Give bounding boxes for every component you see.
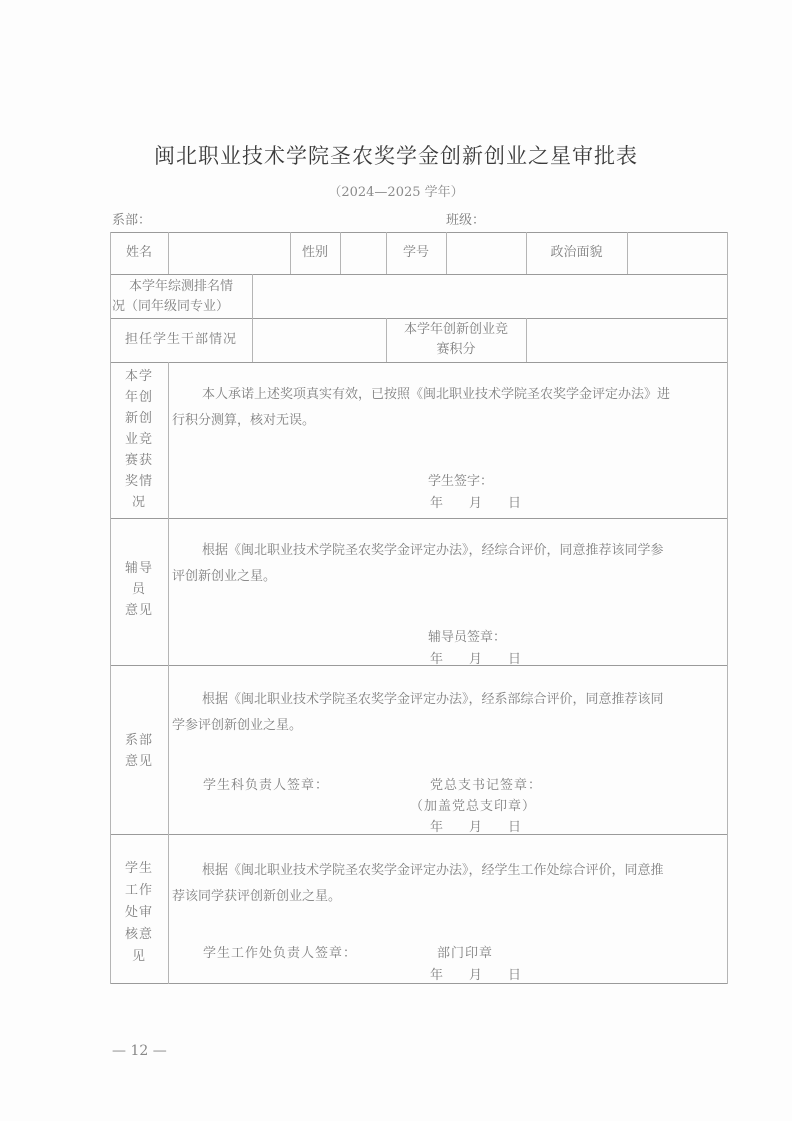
- label-line: 赛获: [110, 450, 168, 471]
- label-line: 业竞: [110, 429, 168, 450]
- form-title: 闽北职业技术学院圣农奖学金创新创业之星审批表: [0, 140, 792, 170]
- score-label-line2: 赛积分: [386, 340, 526, 360]
- statement-line: 本人承诺上述奖项真实有效，已按照《闽北职业技术学院圣农奖学金评定办法》进: [172, 382, 724, 408]
- department-section-label: 系部 意见: [110, 730, 168, 772]
- party-secretary-signature-label: 党总支书记签章：: [430, 774, 542, 793]
- statement-line: 荐该同学获评创新创业之星。: [172, 884, 724, 910]
- student-section-signature-label: 学生科负责人签章：: [203, 774, 329, 793]
- score-label: 本学年创新创业竞 赛积分: [386, 320, 526, 360]
- label-line: 处审: [110, 902, 168, 924]
- student-affairs-signature-date: 年 月 日: [430, 964, 521, 983]
- statement-line: 学参评创新创业之星。: [172, 713, 724, 739]
- department-statement: 根据《闽北职业技术学院圣农奖学金评定办法》，经系部综合评价，同意推荐该同 学参评…: [172, 687, 724, 739]
- page-number: — 12 —: [112, 1043, 167, 1059]
- cadre-label: 担任学生干部情况: [110, 318, 252, 362]
- label-line: 年创: [110, 387, 168, 408]
- student-id-label: 学号: [386, 232, 446, 274]
- political-status-field[interactable]: [628, 232, 727, 274]
- label-line: 见: [110, 946, 168, 968]
- table-border-bottom: [110, 983, 728, 984]
- department-label: 系部：: [112, 209, 151, 228]
- label-line: 奖情: [110, 471, 168, 492]
- label-line: 学生: [110, 858, 168, 880]
- ranking-label-line1: 本学年综测排名情: [110, 277, 252, 297]
- student-id-field[interactable]: [447, 232, 526, 274]
- row-divider: [110, 518, 728, 519]
- department-seal-label: 部门印章: [437, 942, 493, 961]
- ranking-label: 本学年综测排名情 况（同年级同专业）: [110, 277, 252, 317]
- statement-line: 根据《闽北职业技术学院圣农奖学金评定办法》，经综合评价，同意推荐该同学参: [172, 538, 724, 564]
- score-field[interactable]: [527, 318, 727, 362]
- statement-line: 根据《闽北职业技术学院圣农奖学金评定办法》，经系部综合评价，同意推荐该同: [172, 687, 724, 713]
- student-signature-label: 学生签字：: [428, 470, 493, 489]
- party-seal-note: （加盖党总支印章）: [410, 795, 536, 814]
- class-label: 班级：: [446, 209, 485, 228]
- label-line: 工作: [110, 880, 168, 902]
- label-line: 意见: [110, 600, 168, 621]
- counselor-signature-date: 年 月 日: [430, 648, 521, 667]
- counselor-signature-label: 辅导员签章：: [428, 626, 506, 645]
- awards-statement: 本人承诺上述奖项真实有效，已按照《闽北职业技术学院圣农奖学金评定办法》进 行积分…: [172, 382, 724, 434]
- statement-line: 根据《闽北职业技术学院圣农奖学金评定办法》，经学生工作处综合评价，同意推: [172, 858, 724, 884]
- table-border-right: [727, 232, 728, 984]
- student-affairs-statement: 根据《闽北职业技术学院圣农奖学金评定办法》，经学生工作处综合评价，同意推 荐该同…: [172, 858, 724, 910]
- name-field[interactable]: [169, 232, 290, 274]
- label-line: 况: [110, 492, 168, 513]
- student-signature-date: 年 月 日: [430, 492, 521, 511]
- label-line: 员: [110, 579, 168, 600]
- label-line: 新创: [110, 408, 168, 429]
- statement-line: 行积分测算，核对无误。: [172, 408, 724, 434]
- student-affairs-head-signature-label: 学生工作处负责人签章：: [203, 942, 357, 961]
- col-divider: [168, 362, 169, 984]
- student-affairs-section-label: 学生 工作 处审 核意 见: [110, 858, 168, 968]
- ranking-field[interactable]: [253, 274, 727, 318]
- counselor-statement: 根据《闽北职业技术学院圣农奖学金评定办法》，经综合评价，同意推荐该同学参 评创新…: [172, 538, 724, 590]
- row-divider: [110, 665, 728, 666]
- label-line: 意见: [110, 751, 168, 772]
- statement-line: 评创新创业之星。: [172, 564, 724, 590]
- row-divider: [110, 362, 728, 363]
- label-line: 本学: [110, 366, 168, 387]
- score-label-line1: 本学年创新创业竞: [386, 320, 526, 340]
- label-line: 辅导: [110, 558, 168, 579]
- department-signature-date: 年 月 日: [430, 816, 521, 835]
- counselor-section-label: 辅导 员 意见: [110, 558, 168, 621]
- academic-year: （2024—2025 学年）: [0, 181, 792, 200]
- ranking-label-line2: 况（同年级同专业）: [110, 297, 252, 317]
- label-line: 核意: [110, 924, 168, 946]
- gender-field[interactable]: [341, 232, 386, 274]
- name-label: 姓名: [110, 232, 168, 274]
- cadre-field[interactable]: [253, 318, 386, 362]
- label-line: 系部: [110, 730, 168, 751]
- awards-section-label: 本学 年创 新创 业竞 赛获 奖情 况: [110, 366, 168, 513]
- political-status-label: 政治面貌: [526, 232, 627, 274]
- gender-label: 性别: [290, 232, 340, 274]
- row-divider: [110, 834, 728, 835]
